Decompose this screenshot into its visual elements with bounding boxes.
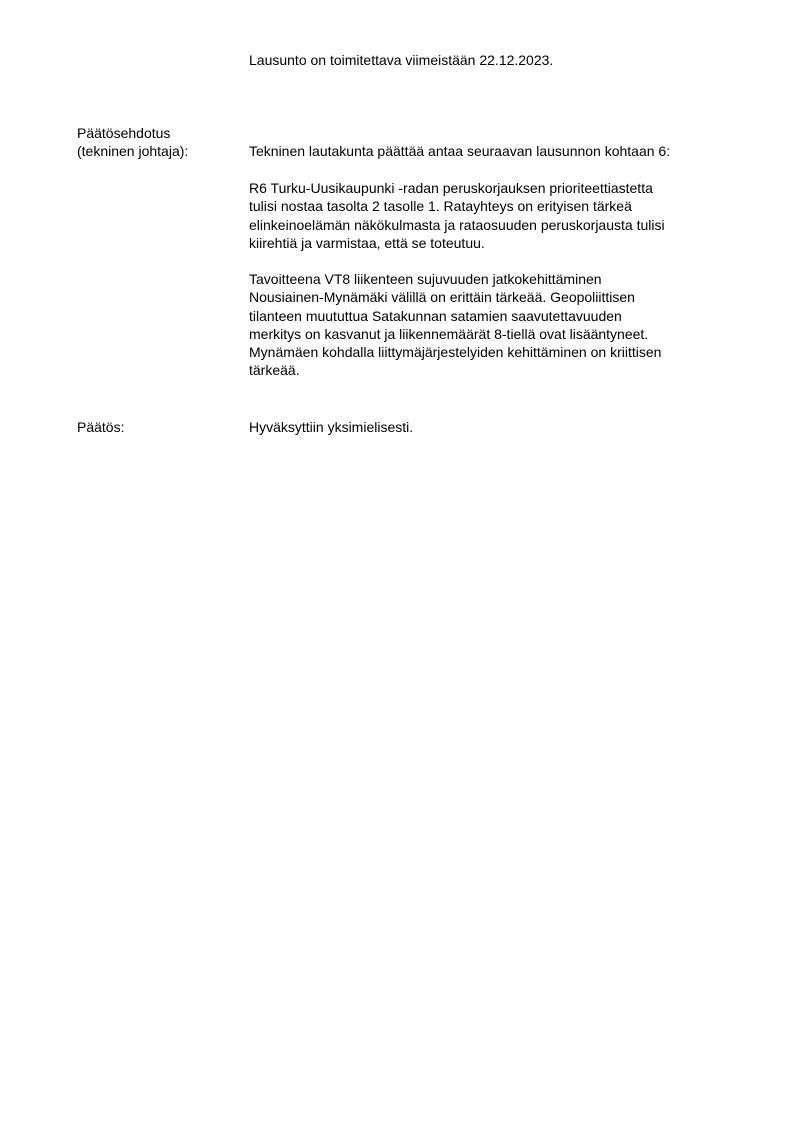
deadline-text: Lausunto on toimitettava viimeistään 22.… bbox=[249, 51, 739, 69]
proposal-label: Päätösehdotus bbox=[77, 124, 170, 142]
text-line: tulisi nostaa tasolta 2 tasolle 1. Ratay… bbox=[249, 197, 739, 215]
text-line: Nousiainen-Mynämäki välillä on erittäin … bbox=[249, 288, 739, 306]
text-line: Tavoitteena VT8 liikenteen sujuvuuden ja… bbox=[249, 270, 739, 288]
text-line: kiirehtiä ja varmistaa, että se toteutuu… bbox=[249, 234, 739, 252]
text-line: Mynämäen kohdalla liittymäjärjestelyiden… bbox=[249, 343, 739, 361]
text-line: tilanteen muututtua Satakunnan satamien … bbox=[249, 307, 739, 325]
proposal-intro: Tekninen lautakunta päättää antaa seuraa… bbox=[249, 142, 739, 160]
text-line: R6 Turku-Uusikaupunki -radan peruskorjau… bbox=[249, 179, 739, 197]
text-line: merkitys on kasvanut ja liikennemäärät 8… bbox=[249, 325, 739, 343]
text-line: tärkeää. bbox=[249, 361, 739, 379]
decision-label: Päätös: bbox=[77, 418, 124, 436]
text-line: elinkeinoelämän näkökulmasta ja rataosuu… bbox=[249, 216, 739, 234]
proposal-paragraph-1: R6 Turku-Uusikaupunki -radan peruskorjau… bbox=[249, 179, 739, 252]
proposal-author-label: (tekninen johtaja): bbox=[77, 142, 188, 160]
proposal-paragraph-2: Tavoitteena VT8 liikenteen sujuvuuden ja… bbox=[249, 270, 739, 380]
decision-text: Hyväksyttiin yksimielisesti. bbox=[249, 418, 739, 436]
